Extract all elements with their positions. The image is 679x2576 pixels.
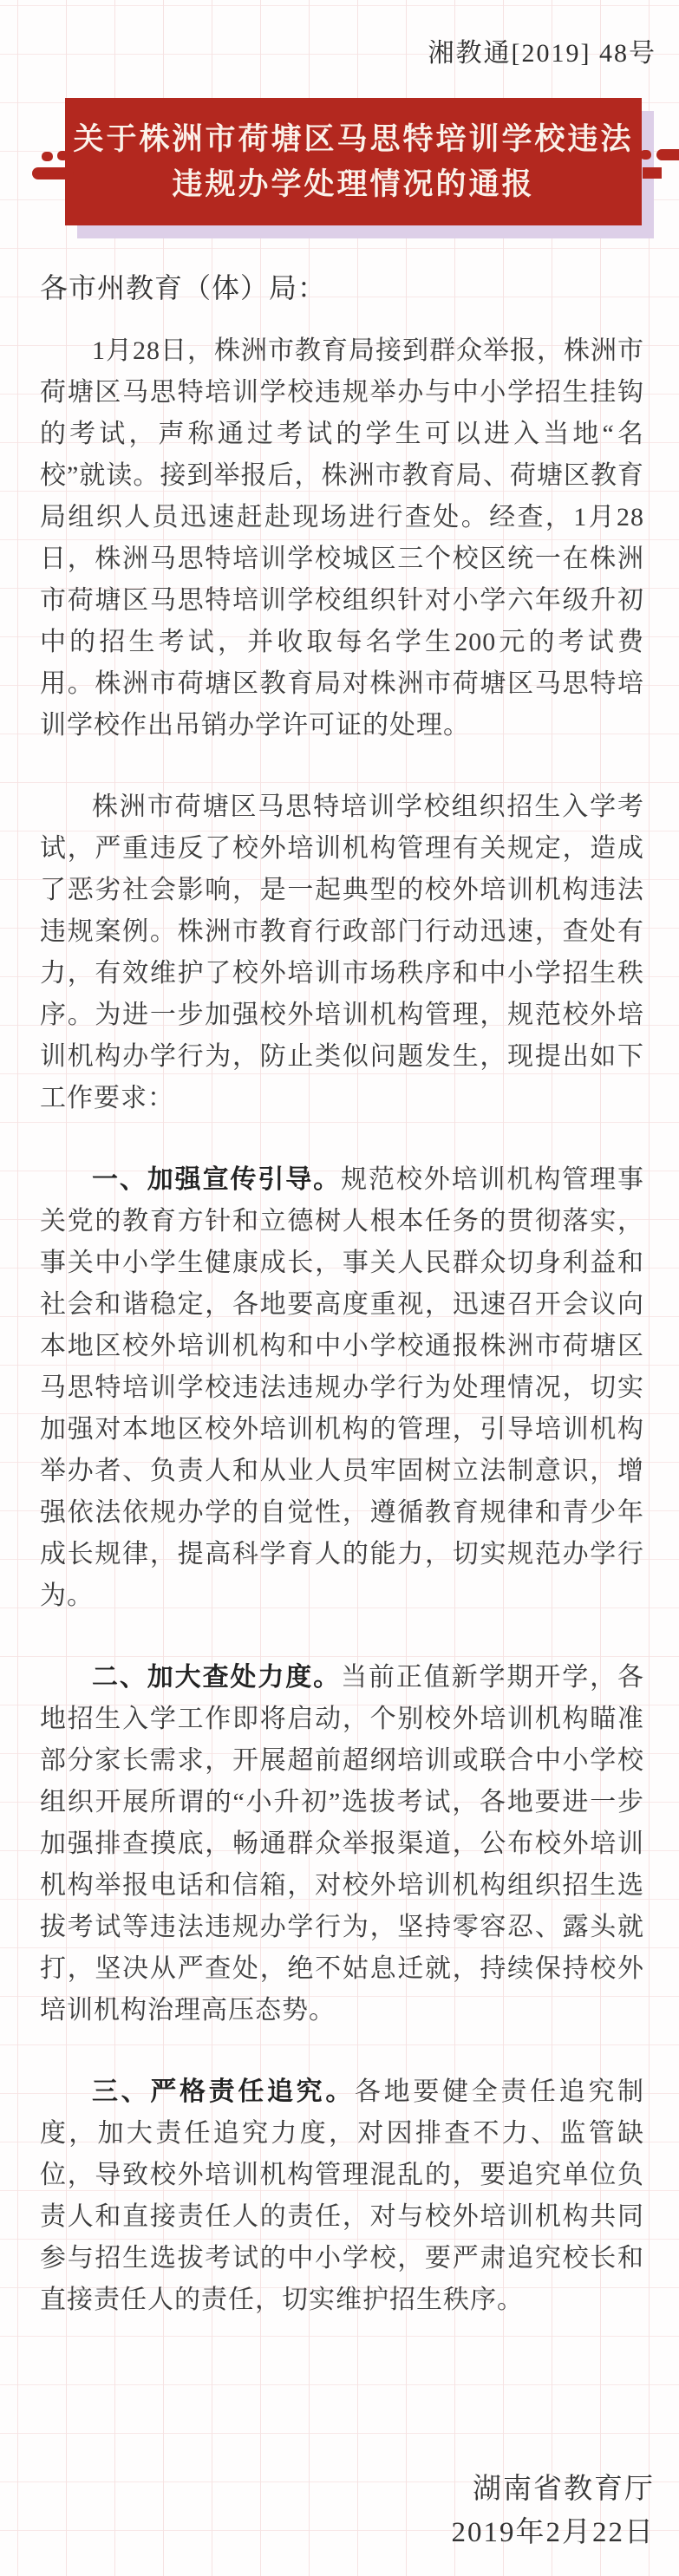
title-banner-area: 关于株洲市荷塘区马思特培训学校违法 违规办学处理情况的通报 — [0, 98, 679, 242]
body-paragraph: 二、加大查处力度。当前正值新学期开学，各地招生入学工作即将启动，个别校外培训机构… — [40, 1657, 644, 2031]
banner-title-line1: 关于株洲市荷塘区马思特培训学校违法 — [73, 117, 633, 162]
section-heading: 三、严格责任追究。 — [92, 2077, 355, 2106]
stitch-dash-icon — [32, 167, 74, 179]
document-number: 湘教通[2019] 48号 — [0, 0, 679, 69]
stitch-dash-icon — [656, 149, 679, 160]
paragraph-text: 株洲市荷塘区马思特培训学校组织招生入学考试，严重违反了校外培训机构管理有关规定，… — [40, 792, 644, 1112]
notice-document: 湘教通[2019] 48号 关于株洲市荷塘区马思特培训学校违法 违规办学处理情况… — [0, 0, 679, 2576]
stitch-dot-icon — [42, 152, 53, 161]
section-heading: 二、加大查处力度。 — [92, 1663, 341, 1692]
signature-date: 2019年2月22日 — [452, 2511, 656, 2554]
stitch-dot-icon — [57, 151, 69, 160]
body-paragraph: 1月28日，株洲市教育局接到群众举报，株洲市荷塘区马思特培训学校违规举办与中小学… — [40, 330, 644, 747]
paragraph-text: 规范校外培训机构管理事关党的教育方针和立德树人根本任务的贯彻落实，事关中小学生健… — [40, 1165, 644, 1610]
stitch-dash-icon — [643, 167, 662, 179]
section-heading: 一、加强宣传引导。 — [92, 1165, 341, 1194]
stitch-dot-icon — [640, 150, 651, 160]
signature-organization: 湖南省教育厅 — [452, 2468, 656, 2511]
notice-body: 1月28日，株洲市教育局接到群众举报，株洲市荷塘区马思特培训学校违规举办与中小学… — [0, 306, 679, 2321]
paragraph-text: 1月28日，株洲市教育局接到群众举报，株洲市荷塘区马思特培训学校违规举办与中小学… — [40, 336, 644, 740]
paragraph-text: 各地要健全责任追究制度，加大责任追究力度，对因排查不力、监管缺位，导致校外培训机… — [40, 2077, 644, 2314]
body-paragraph: 三、严格责任追究。各地要健全责任追究制度，加大责任追究力度，对因排查不力、监管缺… — [40, 2071, 644, 2321]
salutation: 各市州教育（体）局： — [0, 266, 679, 306]
banner-title-line2: 违规办学处理情况的通报 — [172, 162, 534, 207]
body-paragraph: 株洲市荷塘区马思特培训学校组织招生入学考试，严重违反了校外培训机构管理有关规定，… — [40, 786, 644, 1119]
body-paragraph: 一、加强宣传引导。规范校外培训机构管理事关党的教育方针和立德树人根本任务的贯彻落… — [40, 1159, 644, 1617]
title-banner: 关于株洲市荷塘区马思特培训学校违法 违规办学处理情况的通报 — [65, 98, 642, 225]
signature-block: 湖南省教育厅 2019年2月22日 — [452, 2468, 656, 2554]
paragraph-text: 当前正值新学期开学，各地招生入学工作即将启动，个别校外培训机构瞄准部分家长需求，… — [40, 1663, 644, 2025]
